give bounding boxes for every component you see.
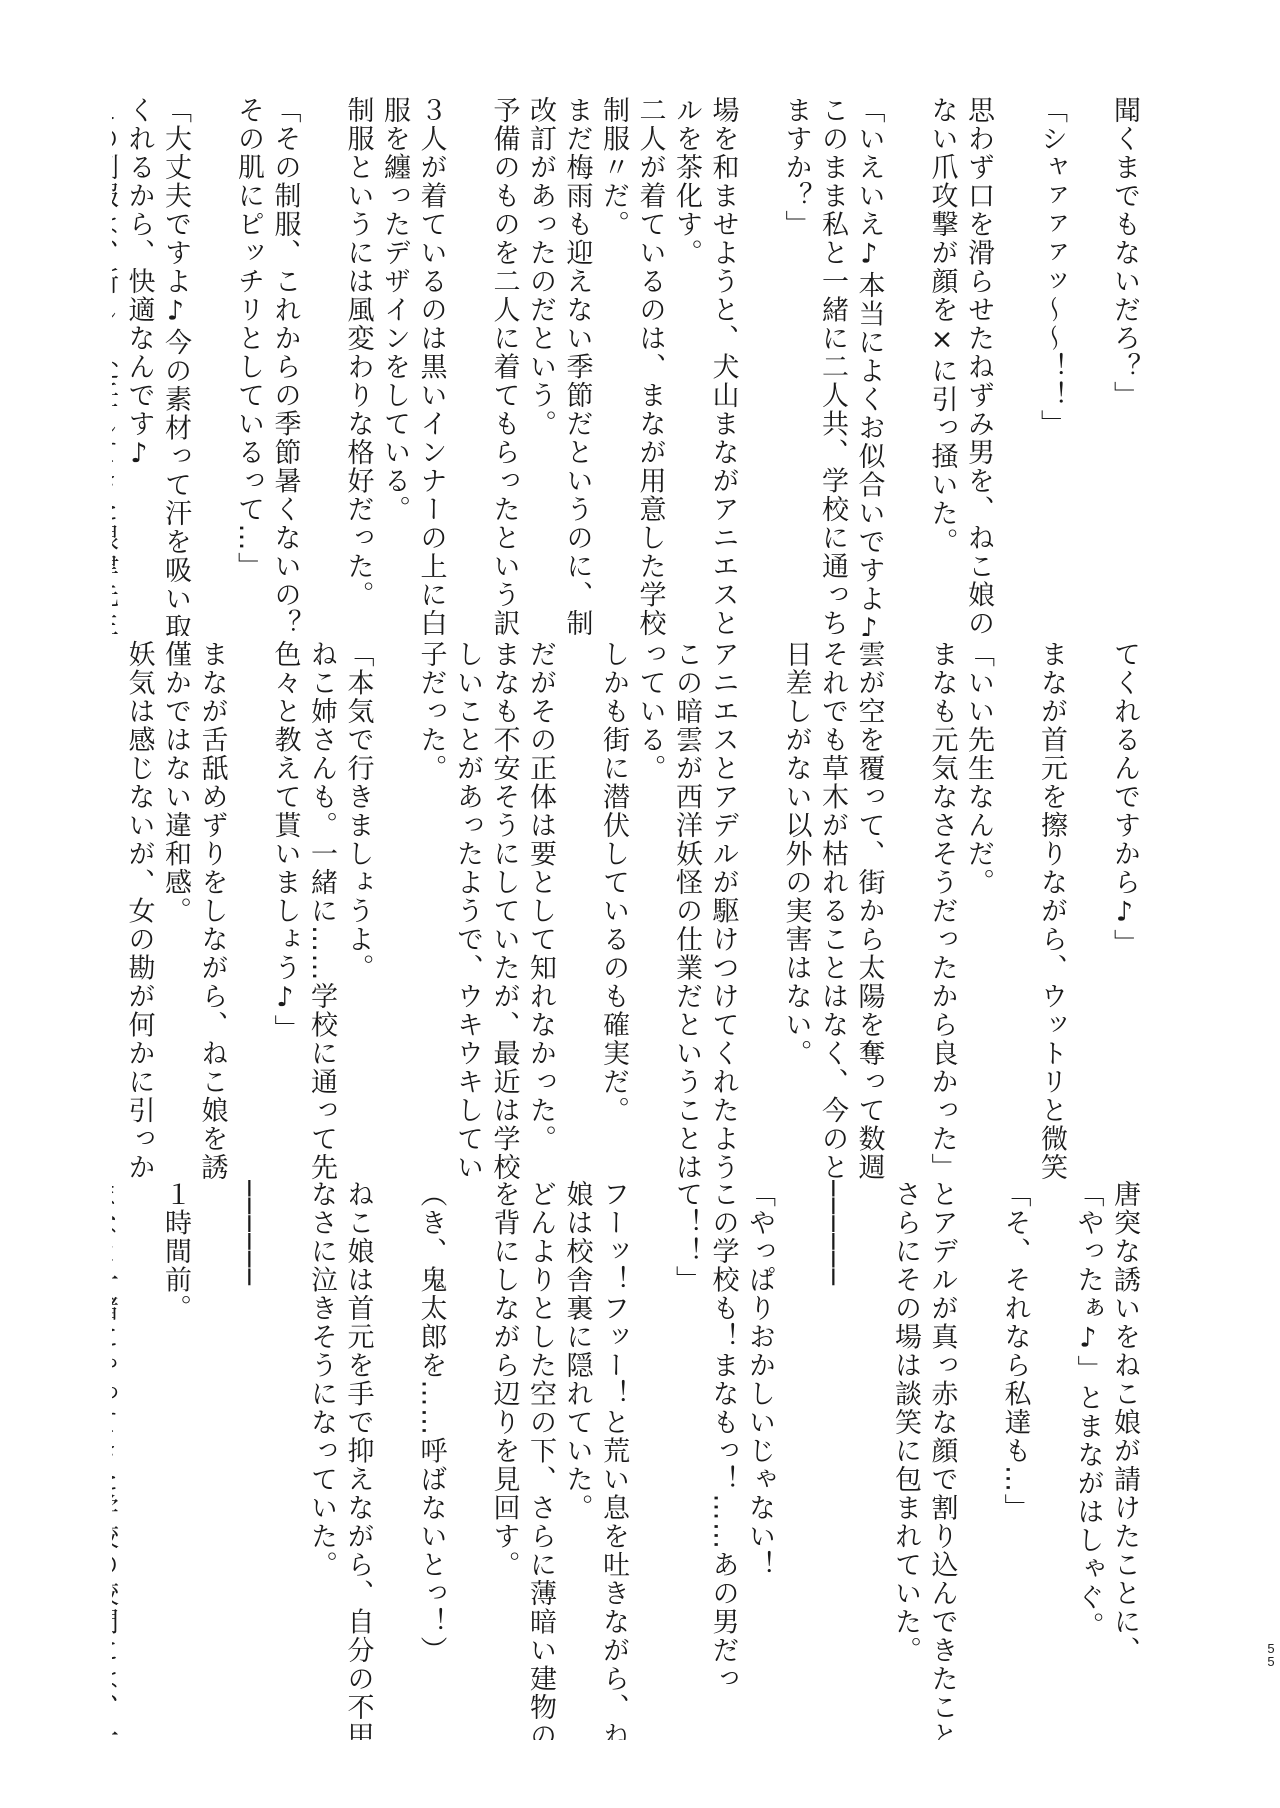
text-line: ────── [814, 1180, 851, 1740]
text-line: まなも不安そうにしていたが、最近は学校で楽 [485, 640, 522, 1180]
text-line: 予備のものを二人に着てもらったという訳だ。 [485, 96, 522, 636]
text-line: 「大丈夫ですよ♪今の素材って汗を吸い取って [157, 96, 194, 636]
blank-line [193, 1180, 230, 1740]
text-line: 「その制服、これからの季節暑くないの？ [266, 96, 303, 636]
text-line: それでも草木が枯れることはなく、今のところ [814, 640, 851, 1180]
text-line: １時間前。 [157, 1180, 194, 1740]
text-line: っている。 [631, 640, 668, 1180]
text-line: 唐突な誘いをねこ娘が請けたことに、 [1106, 1180, 1143, 1740]
text-line: なさに泣きそうになっていた。 [303, 1180, 340, 1740]
text-line: この暗雲が西洋妖怪の仕業だということは分か [668, 640, 705, 1180]
text-line: しいことがあったようで、ウキウキしている様 [449, 640, 486, 1180]
blank-line [850, 1180, 887, 1740]
text-line: 「シャァァァッ〜〜！！」 [1033, 96, 1070, 636]
text-line: ない爪攻撃が顔を×に引っ掻いた。 [923, 96, 960, 636]
text-line: まだ梅雨も迎えない季節だというのに、制服の [558, 96, 595, 636]
text-line: 「やったぁ♪」とまながはしゃぐ。 [1069, 1180, 1106, 1740]
text-line: ねこ姉さんも。一緒に……学校に通って先生に [303, 640, 340, 1180]
text-line: この学校も！まなもっ！……あの男だっ [704, 1180, 741, 1740]
blank-line [631, 1180, 668, 1740]
text-line: 「やっぱりおかしいじゃない！ [741, 1180, 778, 1740]
text-line: 服を纏ったデザインをしている。 [376, 96, 413, 636]
text-line: （き、鬼太郎を……呼ばないとっ！） [412, 1180, 449, 1740]
blank-line [741, 640, 778, 1180]
text-line: この制服は、新しく赴任してきた根津先生が提 [112, 96, 120, 636]
blank-line [1069, 96, 1106, 636]
blank-line [193, 96, 230, 636]
blank-line [777, 1180, 814, 1740]
text-line: ────── [230, 1180, 267, 1740]
text-line: まなが首元を擦りながら、ウットリと微笑む。 [1033, 640, 1070, 1180]
blank-line [558, 640, 595, 1180]
blank-line [449, 96, 486, 636]
text-line: ３人が着ているのは黒いインナーの上に白い夏 [412, 96, 449, 636]
text-line: だがその正体は要として知れなかった。 [522, 640, 559, 1180]
text-line: アニエスとアデルが駆けつけてくれたように、 [704, 640, 741, 1180]
blank-line [996, 640, 1033, 1180]
text-line: くれるから、快適なんです♪ [120, 96, 157, 636]
text-line: 娘は校舎裏に隠れていた。 [558, 1180, 595, 1740]
text-line: を背にしながら辺りを見回す。 [485, 1180, 522, 1740]
blank-line [887, 96, 924, 636]
text-line: しかも街に潜伏しているのも確実だ。 [595, 640, 632, 1180]
text-line: とアデルが真っ赤な顔で割り込んできたことで、 [923, 1180, 960, 1740]
blank-line [303, 96, 340, 636]
text-line: て！！」 [668, 1180, 705, 1740]
text-line: 制服というには風変わりな格好だった。 [339, 96, 376, 636]
blank-line [1033, 1180, 1070, 1740]
text-line: フーッ！フッー！と荒い息を吐きながら、ねこ [595, 1180, 632, 1740]
text-line: その肌にピッチリとしているって…」 [230, 96, 267, 636]
text-tier-upper: 聞くまでもないだろ？」 「シャァァァッ〜〜！！」 思わず口を滑らせたねずみ男を、… [112, 96, 1142, 636]
blank-line [449, 1180, 486, 1740]
blank-line [120, 1180, 157, 1740]
blank-line [741, 96, 778, 636]
text-line: まなが舌舐めずりをしながら、ねこ娘を誘う。 [193, 640, 230, 1180]
text-line: ねこ娘は首元を手で抑えながら、自分の不甲斐 [339, 1180, 376, 1740]
text-line: 二人が着ているのは、まなが用意した学校の〃 [631, 96, 668, 636]
text-line: 「本気で行きましょうよ。 [339, 640, 376, 1180]
blank-line [1069, 640, 1106, 1180]
text-line: 場を和ませようと、犬山まながアニエスとアデ [704, 96, 741, 636]
text-line: 雲が空を覆って、街から太陽を奪って数週間。 [850, 640, 887, 1180]
page-number: 55 [1266, 1642, 1276, 1668]
text-line: このまま私と一緒に二人共、学校に通っちゃい [814, 96, 851, 636]
text-line: 子だった。 [412, 640, 449, 1180]
text-line: 聞くまでもないだろ？」 [1106, 96, 1143, 636]
text-line: 「いえいえ♪本当によくお似合いですよ♪ [850, 96, 887, 636]
text-line: てくれるんですから♪」 [1106, 640, 1143, 1180]
text-tier-middle: てくれるんですから♪」 まなが首元を擦りながら、ウットリと微笑む。 「いい先生な… [112, 640, 1142, 1180]
blank-line [230, 640, 267, 1180]
text-line: 制服〃だ。 [595, 96, 632, 636]
text-line: ルを茶化す。 [668, 96, 705, 636]
blank-line [996, 96, 1033, 636]
text-line: 妖気は感じないが、女の勘が何かに引っかかる。 [120, 640, 157, 1180]
blank-line [112, 640, 120, 1180]
text-line: さらにその場は談笑に包まれていた。 [887, 1180, 924, 1740]
text-line: どんよりとした空の下、さらに薄暗い建物の壁 [522, 1180, 559, 1740]
blank-line [960, 1180, 997, 1740]
text-line: 日差しがない以外の実害はない。 [777, 640, 814, 1180]
text-line: 改訂があったのだという。 [522, 96, 559, 636]
text-line: 僅かではない違和感。 [157, 640, 194, 1180]
text-line: 「そ、それなら私達も…」 [996, 1180, 1033, 1740]
blank-line [376, 640, 413, 1180]
blank-line [376, 1180, 413, 1740]
text-line: 「いい先生なんだ。 [960, 640, 997, 1180]
text-line: 思わず口を滑らせたねずみ男を、ねこ娘の容赦 [960, 96, 997, 636]
text-line: ますか？」 [777, 96, 814, 636]
blank-line [266, 1180, 303, 1740]
text-line: まなも元気なさそうだったから良かった」 [923, 640, 960, 1180]
blank-line [887, 640, 924, 1180]
text-line: まなと一緒にやってきた学校の校門には、一人 [112, 1180, 120, 1740]
text-tier-lower: 唐突な誘いをねこ娘が請けたことに、「やったぁ♪」とまながはしゃぐ。 「そ、それな… [112, 1180, 1142, 1740]
text-line: 色々と教えて貰いましょう♪」 [266, 640, 303, 1180]
